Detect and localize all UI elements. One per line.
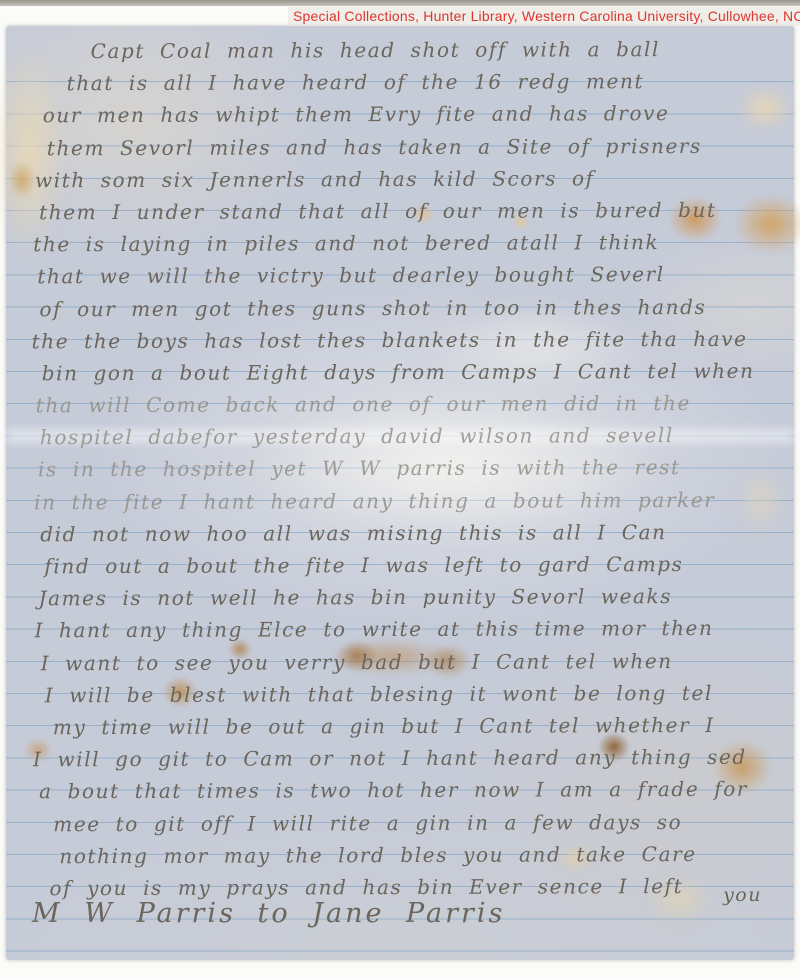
letter-line: in the fite I hant heard any thing a bou… — [30, 483, 786, 518]
letter-line: them I under stand that all of our men i… — [29, 194, 785, 229]
scanner-edge — [0, 0, 800, 6]
letter-line: I want to see you verry bad but I Cant t… — [31, 644, 787, 679]
letter-line: them Sevorl miles and has taken a Site o… — [29, 129, 785, 164]
letter-line: mee to git off I will rite a gin in a fe… — [31, 805, 787, 840]
letter-line: Capt Coal man his head shot off with a b… — [28, 33, 784, 68]
letter-line: I will be blest with that blesing it won… — [31, 676, 787, 711]
letter-line: that is all I have heard of the 16 redg … — [29, 65, 785, 100]
letter-paper: Capt Coal man his head shot off with a b… — [6, 26, 794, 960]
letter-line: find out a bout the fite I was left to g… — [30, 548, 786, 583]
letter-line: I hant any thing Elce to write at this t… — [31, 612, 787, 647]
signature-line: M W Parris to Jane Parris — [32, 898, 505, 929]
letter-line: I will go git to Cam or not I hant heard… — [31, 741, 787, 776]
letter-line: the is laying in piles and not bered ata… — [29, 226, 785, 261]
letter-line: that we will the victry but dearley boug… — [29, 258, 785, 293]
letter-line: nothing mor may the lord bles you and ta… — [31, 837, 787, 872]
letter-line: James is not well he has bin punity Sevo… — [30, 580, 786, 615]
letter-line: with som six Jennerls and has kild Scors… — [29, 161, 785, 196]
letter-lines: Capt Coal man his head shot off with a b… — [28, 33, 787, 905]
letter-line: our men has whipt them Evry fite and has… — [29, 97, 785, 132]
letter-line: a bout that times is two hot her now I a… — [31, 773, 787, 808]
letter-line: is in the hospitel yet W W parris is wit… — [30, 451, 786, 486]
interline-word: you — [723, 884, 762, 906]
letter-line: tha will Come back and one of our men di… — [30, 387, 786, 422]
letter-line: did not now hoo all was mising this is a… — [30, 515, 786, 550]
letter-line: of our men got thes guns shot in too in … — [29, 290, 785, 325]
letter-line: the the boys has lost thes blankets in t… — [29, 322, 785, 357]
letter-line: hospitel dabefor yesterday david wilson … — [30, 419, 786, 454]
letter-line: bin gon a bout Eight days from Camps I C… — [30, 355, 786, 390]
letter-line: my time will be out a gin but I Cant tel… — [31, 709, 787, 744]
archive-credit: Special Collections, Hunter Library, Wes… — [288, 7, 800, 26]
